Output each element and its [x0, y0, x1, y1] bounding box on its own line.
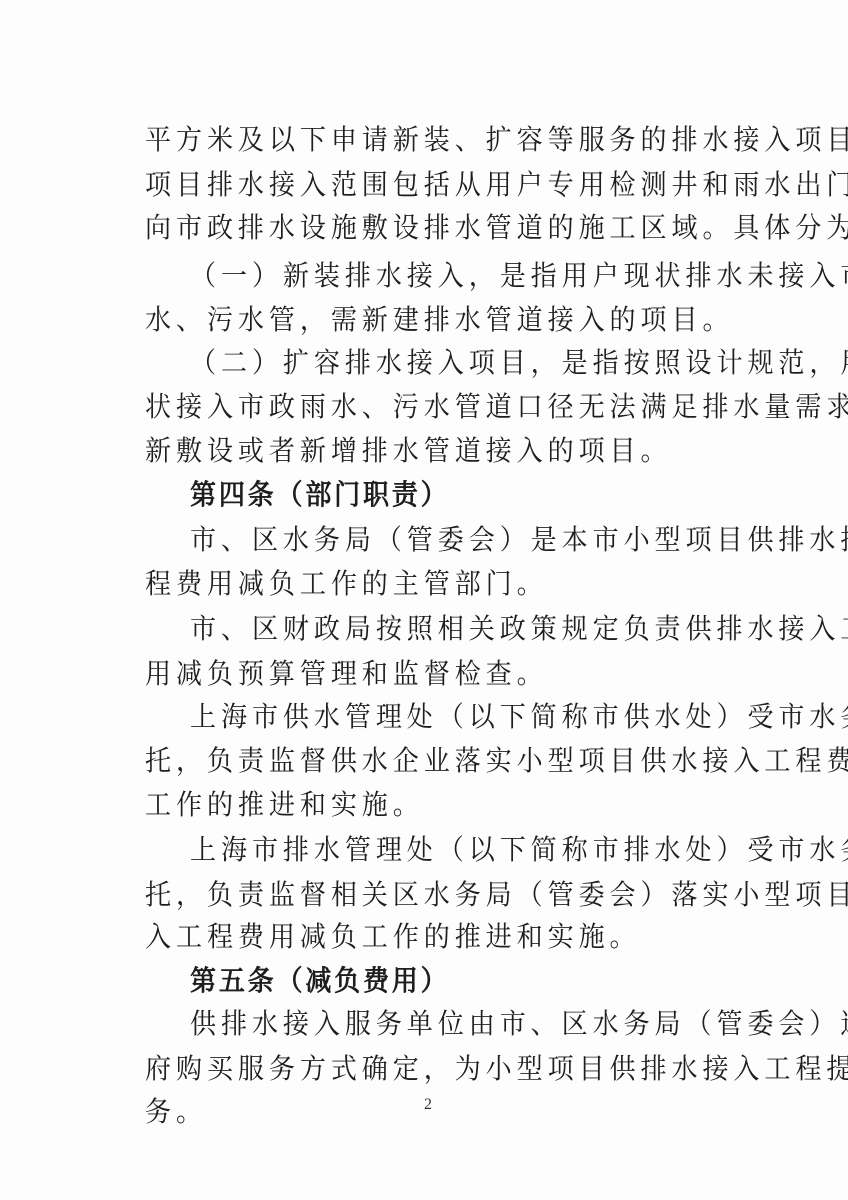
paragraph-line: 新敷设或者新增排水管道接入的项目。 — [145, 431, 677, 471]
article-heading-4: 第四条（部门职责） — [190, 475, 722, 515]
paragraph-line: 水、污水管，需新建排水管道接入的项目。 — [145, 300, 677, 340]
paragraph-line: 入工程费用减负工作的推进和实施。 — [145, 917, 677, 957]
article-heading-5: 第五条（减负费用） — [190, 961, 722, 1001]
paragraph-line: 市、区财政局按照相关政策规定负责供排水接入工程费 — [190, 609, 722, 649]
paragraph-line: 用减负预算管理和监督检查。 — [145, 654, 677, 694]
paragraph-line: 项目排水接入范围包括从用户专用检测井和雨水出门井起， — [145, 165, 677, 205]
paragraph-line: 状接入市政雨水、污水管道口径无法满足排水量需求，需要 — [145, 387, 677, 427]
paragraph-line: 上海市供水管理处（以下简称市供水处）受市水务局委 — [190, 697, 722, 737]
paragraph-line: （二）扩容排水接入项目，是指按照设计规范，用户现 — [190, 343, 722, 383]
paragraph-line: 上海市排水管理处（以下简称市排水处）受市水务局委 — [190, 830, 722, 870]
paragraph-line: 务。 — [145, 1092, 677, 1132]
paragraph-line: 程费用减负工作的主管部门。 — [145, 564, 677, 604]
paragraph-line: 府购买服务方式确定，为小型项目供排水接入工程提供服 — [145, 1049, 677, 1089]
paragraph-line: 托，负责监督供水企业落实小型项目供水接入工程费用减负 — [145, 741, 677, 781]
page-number: 2 — [420, 1096, 436, 1114]
paragraph-line: （一）新装排水接入，是指用户现状排水未接入市政雨 — [190, 256, 722, 296]
paragraph-line: 市、区水务局（管委会）是本市小型项目供排水接入工 — [190, 520, 722, 560]
paragraph-line: 平方米及以下申请新装、扩容等服务的排水接入项目。小型 — [145, 120, 677, 160]
document-page: 平方米及以下申请新装、扩容等服务的排水接入项目。小型 项目排水接入范围包括从用户… — [0, 0, 848, 1200]
paragraph-line: 供排水接入服务单位由市、区水务局（管委会）通过政 — [190, 1004, 722, 1044]
paragraph-line: 工作的推进和实施。 — [145, 785, 677, 825]
paragraph-line: 托，负责监督相关区水务局（管委会）落实小型项目排水接 — [145, 875, 677, 915]
paragraph-line: 向市政排水设施敷设排水管道的施工区域。具体分为： — [145, 208, 677, 248]
